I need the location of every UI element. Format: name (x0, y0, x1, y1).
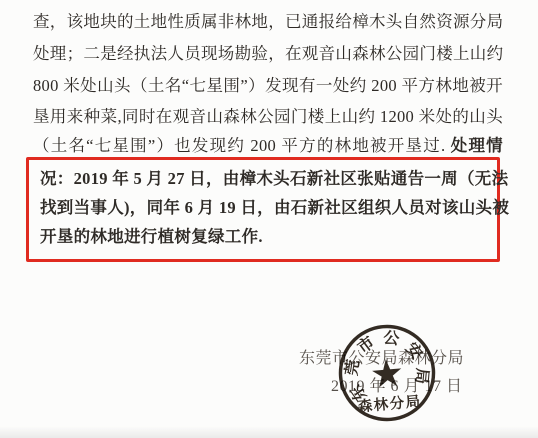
text-line: 查，该地块的土地性质属非林地，已通报给樟木头自然资源分局 (33, 12, 503, 32)
seal-arc-char: 公 (382, 329, 401, 349)
text-line: （土名“七星围”）也发现约 200 平方的林地被开垦过. 处理情 (33, 136, 503, 156)
text-line: 处理；二是经执法人员现场勘验，在观音山森林公园门楼上山约 (33, 44, 503, 64)
bold-text-segment: 处理情 (451, 136, 503, 155)
scan-edge-shadow (0, 426, 538, 438)
official-seal: 东 莞 市 公 安 局 ★ 森林分局 (321, 307, 453, 438)
highlighted-text-line: 开垦的林地进行植树复绿工作. (40, 227, 490, 247)
seal-arc-char: 莞 (341, 358, 362, 377)
seal-arc-char: 局 (412, 367, 431, 385)
document-page: 查，该地块的土地性质属非林地，已通报给樟木头自然资源分局 处理；二是经执法人员现… (0, 0, 538, 438)
highlighted-text-line: 找到当事人)，同年 6 月 19 日，由石新社区组织人员对该山头被 (40, 198, 490, 218)
star-icon: ★ (368, 352, 406, 397)
highlighted-text-line: 况：2019 年 5 月 27 日，由樟木头石新社区张贴通告一周（无法 (40, 169, 490, 189)
text-segment: （土名“七星围”）也发现约 200 平方的林地被开垦过. (33, 136, 451, 155)
text-line: 800 米处山头（土名“七星围”）发现有一处约 200 平方林地被开 (33, 76, 503, 96)
text-line: 垦用来种菜,同时在观音山森林公园门楼上山约 1200 米处的山头 (33, 107, 503, 127)
